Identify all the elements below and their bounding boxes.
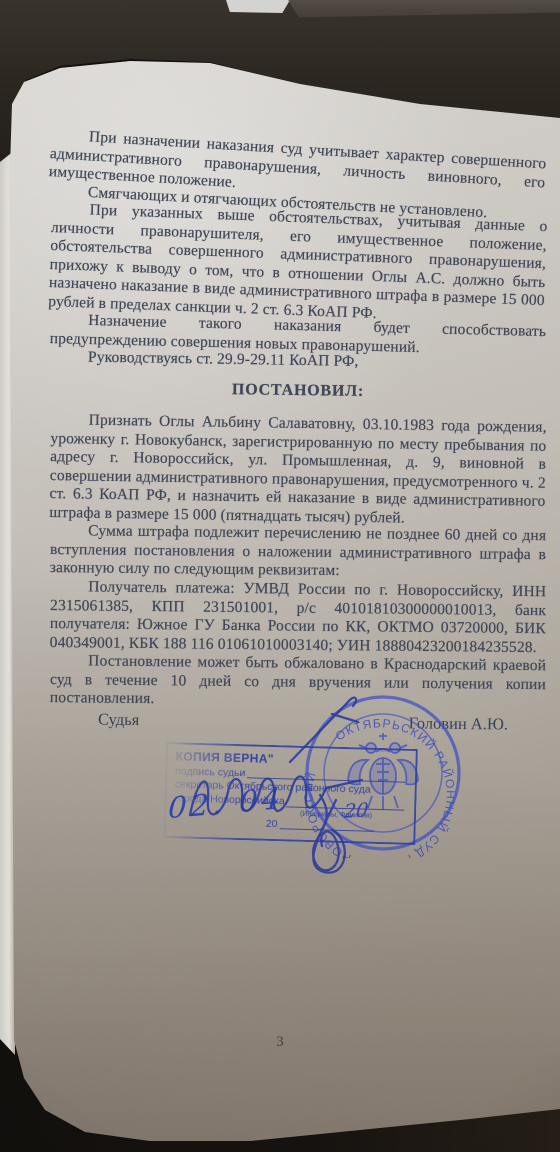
year-blank-line	[279, 828, 373, 832]
paragraph: Руководствуясь ст. 29.9-29.11 КоАП РФ,	[50, 348, 546, 374]
background-light-gap	[226, 0, 290, 13]
judge-role-label: Судья	[98, 710, 140, 731]
resolution-heading: ПОСТАНОВИЛ:	[50, 378, 546, 403]
paragraph: При назначении наказания суд учитывает х…	[48, 126, 546, 211]
copy-stamp-year-prefix: 20	[266, 817, 278, 831]
paragraph: Признать Оглы Альбину Салаватовну, 03.10…	[49, 411, 547, 530]
paragraph: Получатель платежа: УМВД России по г. Но…	[50, 578, 547, 657]
page-number: 3	[0, 1034, 560, 1051]
document-body: При назначении наказания суд учитывает х…	[50, 126, 546, 707]
paragraph: Смягчающих и отягчающих обстоятельств не…	[50, 182, 546, 226]
document-page: При назначении наказания суд учитывает х…	[0, 0, 560, 1152]
paragraph: Сумма штрафа подлежит перечислению не по…	[50, 522, 547, 583]
photo-scene: При назначении наказания суд учитывает х…	[0, 0, 560, 1152]
paragraph: Назначение такого наказания будет способ…	[50, 311, 547, 360]
paragraph: При указанных выше обстоятельствах, учит…	[48, 200, 548, 329]
handwritten-year: 20	[343, 799, 369, 823]
